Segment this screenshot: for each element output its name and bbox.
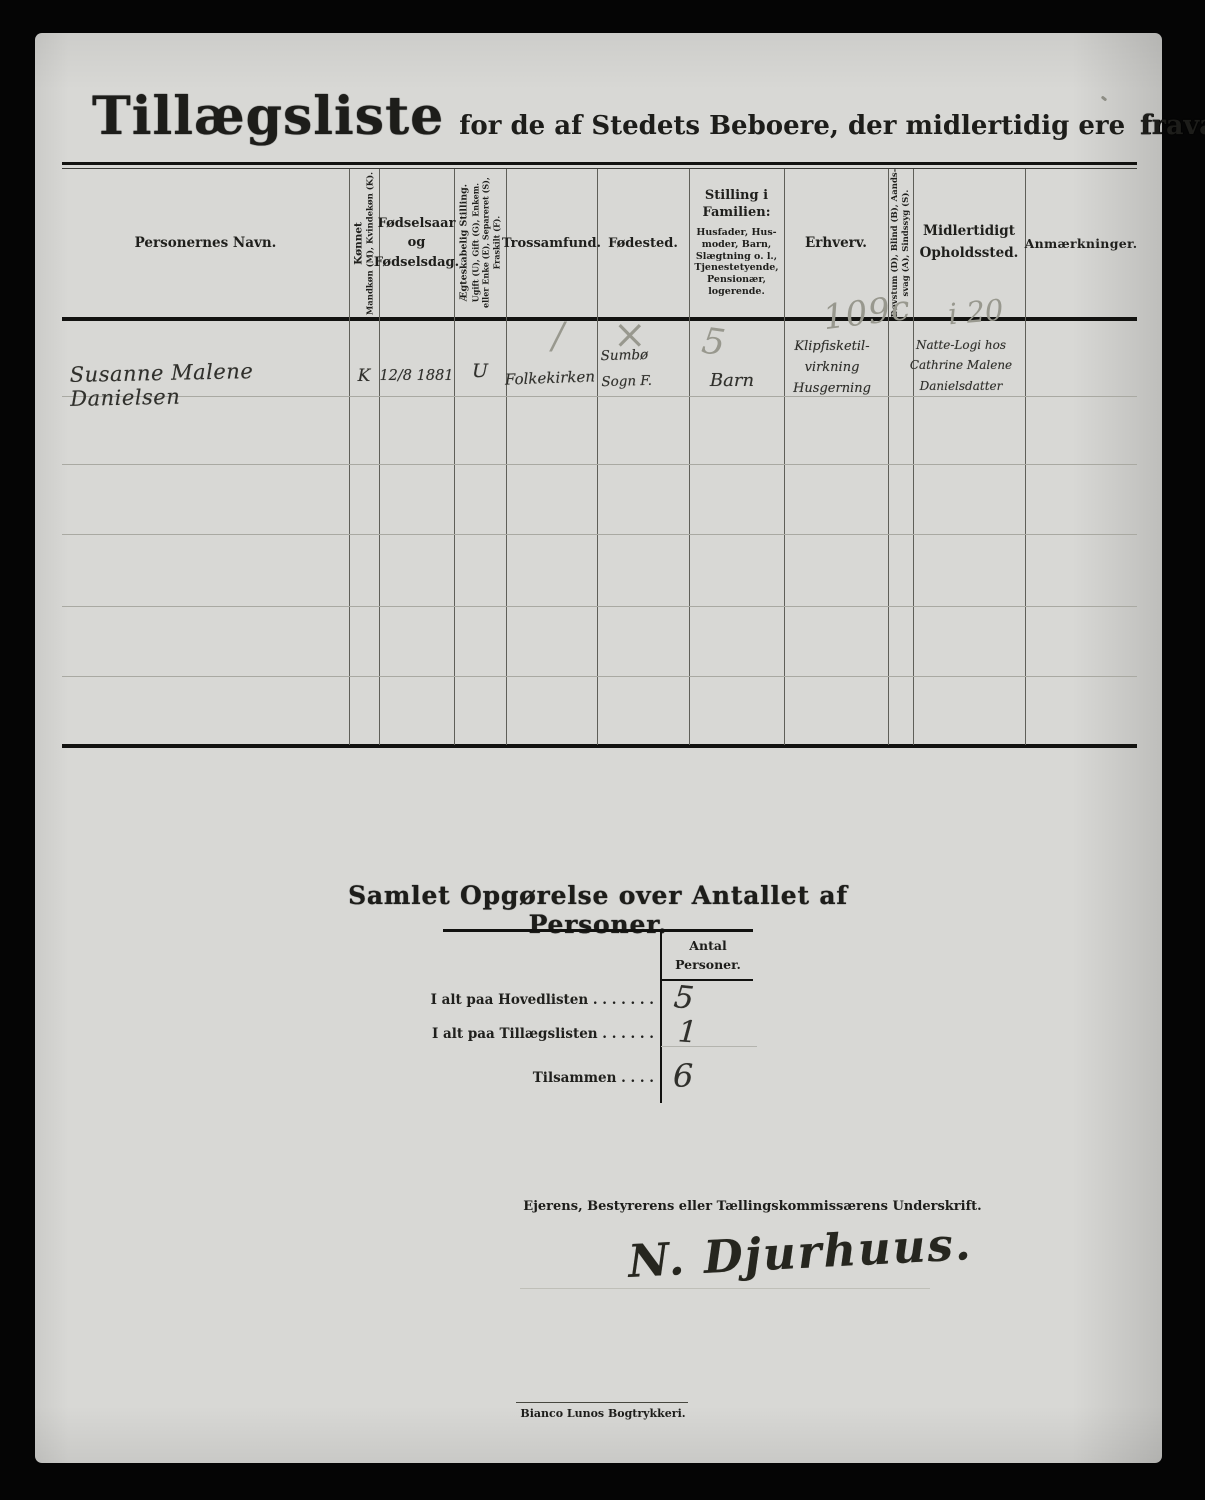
printer-imprint: Bianco Lunos Bogtrykkeri. xyxy=(478,1407,728,1420)
summary-row-label-tilsammen: Tilsammen . . . . xyxy=(379,1070,654,1086)
cell-occupation: Klipfisketil- virkning Husgerning xyxy=(779,337,885,399)
col-sublabel: Ugift (U), Gift (G), Enkem. eller Enke (… xyxy=(470,178,501,309)
scanned-census-page: Tillægsliste for de af Stedets Beboere, … xyxy=(0,0,1205,1500)
col-header-personernes-navn: Personernes Navn. xyxy=(62,172,349,314)
col-label: Trossamfund. xyxy=(502,236,601,251)
col-label: Fødested. xyxy=(608,236,678,251)
signature-label: Ejerens, Bestyrerens eller Tællingskommi… xyxy=(500,1199,1005,1214)
col-label: Midlertidigt Opholdssted. xyxy=(920,221,1019,264)
pencil-mark-birthplace: × xyxy=(613,312,647,358)
pencil-mark-religion: / xyxy=(552,316,564,357)
summary-sum-line xyxy=(661,1046,757,1047)
col-header-stilling-i-familien: Stilling i Familien: Husfader, Hus- mode… xyxy=(689,172,784,314)
cell-temporary-residence: Natte-Logi hos Cathrine Malene Danielsda… xyxy=(905,335,1017,396)
col-sublabel: Husfader, Hus- moder, Barn, Slægtning o.… xyxy=(694,227,778,298)
title-subtitle: for de af Stedets Beboere, der midlertid… xyxy=(459,111,1125,141)
vertical-label: Ægteskabelig Stilling. Ugift (U), Gift (… xyxy=(458,168,501,318)
cell-sex: K xyxy=(349,366,379,386)
col-label: Personernes Navn. xyxy=(135,235,277,251)
vertical-label: Kønnet Mandkøn (M), Kvindekøn (K). xyxy=(353,168,376,318)
printer-line xyxy=(516,1402,688,1403)
row-line xyxy=(62,534,1137,535)
summary-top-rule xyxy=(443,929,753,932)
pencil-mark-residence: i 20 xyxy=(947,293,1005,332)
table-bottom-rule xyxy=(62,744,1137,748)
cell-birthdate: 12/8 1881 xyxy=(379,368,454,384)
title-main: Tillægsliste xyxy=(92,86,444,147)
col-label: Fødselsaar og Fødselsdag. xyxy=(374,214,459,273)
cell-religion: Folkekirken xyxy=(497,367,604,389)
summary-col-header: Antal Personer. xyxy=(662,937,754,975)
summary-row-label-hovedlisten: I alt paa Hovedlisten . . . . . . . xyxy=(379,992,654,1008)
summary-row-value-tilsammen: 6 xyxy=(673,1057,693,1095)
table-top-rule-thin xyxy=(62,168,1137,169)
col-label: Kønnet xyxy=(353,222,365,265)
col-header-anmaerkninger: Anmærkninger. xyxy=(1025,172,1137,314)
title-emphasis: fraværende. xyxy=(1140,110,1205,141)
page-title: Tillægsliste for de af Stedets Beboere, … xyxy=(92,86,1137,147)
row-line xyxy=(62,676,1137,677)
table-top-rule xyxy=(62,162,1137,165)
signature-line xyxy=(520,1288,930,1289)
col-header-aegteskabelig-stilling: Ægteskabelig Stilling. Ugift (U), Gift (… xyxy=(454,172,506,314)
col-header-foedested: Fødested. xyxy=(597,172,689,314)
col-label: Ægteskabelig Stilling. xyxy=(458,184,469,301)
row-line xyxy=(62,464,1137,465)
col-label: Erhverv. xyxy=(805,235,867,251)
cell-name: Susanne Malene Danielsen xyxy=(70,357,351,411)
col-header-trossamfund: Trossamfund. xyxy=(506,172,597,314)
col-header-midlertidigt-opholdssted: Midlertidigt Opholdssted. xyxy=(913,172,1025,314)
summary-row-label-tillaegslisten: I alt paa Tillægslisten . . . . . . xyxy=(379,1026,654,1042)
col-header-foedselsaar: Fødselsaar og Fødselsdag. xyxy=(379,172,454,314)
cell-family-position: Barn xyxy=(692,370,772,391)
row-line xyxy=(62,606,1137,607)
col-label: Anmærkninger. xyxy=(1025,236,1138,251)
summary-row-value-hovedlisten: 5 xyxy=(672,979,695,1017)
col-label: Stilling i Familien: xyxy=(702,188,770,222)
